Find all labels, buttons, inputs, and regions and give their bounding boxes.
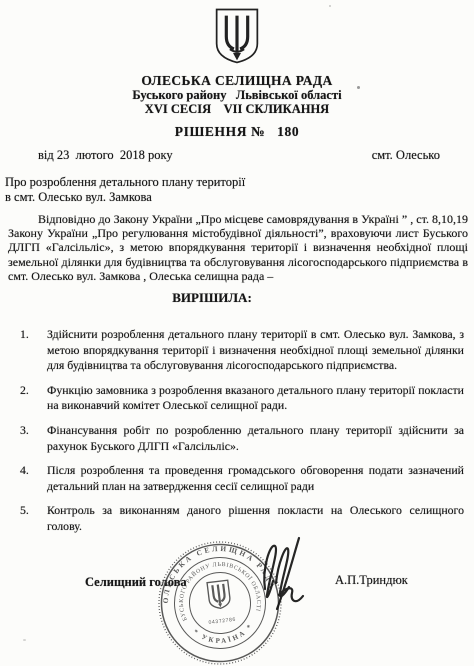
subject-block: Про розроблення детального плану територ… <box>5 175 345 205</box>
scan-speck <box>23 639 26 641</box>
list-item: 1. Здійснити розроблення детального план… <box>20 327 464 374</box>
item-text: Фінансування робіт по розробленню деталь… <box>47 423 464 454</box>
list-item: 4. Після розроблення та проведення грома… <box>20 463 464 494</box>
item-text: Після розроблення та проведення громадсь… <box>47 463 464 494</box>
scan-speck <box>357 86 360 89</box>
date-place-row: від 23 лютого 2018 року смт. Олесько <box>38 148 440 163</box>
item-number: 4. <box>20 463 47 494</box>
document-page: ОЛЕСЬКА СЕЛИЩНА РАДА Буського району Льв… <box>0 0 474 666</box>
item-number: 1. <box>20 327 47 374</box>
org-subtitle: Буського району Львівської області <box>0 88 474 103</box>
item-number: 5. <box>20 503 47 534</box>
session-line: XVI СЕСІЯ VII СКЛИКАННЯ <box>0 102 474 117</box>
signature-mark <box>243 531 313 617</box>
signer-name: А.П.Триндюк <box>335 573 408 588</box>
decision-number: РІШЕННЯ № 180 <box>0 124 474 140</box>
list-item: 3. Фінансування робіт по розробленню дет… <box>20 423 464 454</box>
item-text: Контроль за виконанням даного рішення по… <box>47 503 464 534</box>
list-item: 2. Функцію замовника з розроблення вказа… <box>20 383 464 414</box>
stamp-tryzub-icon <box>207 580 231 609</box>
decision-place: смт. Олесько <box>372 148 440 163</box>
item-text: Функцію замовника з розроблення вказаног… <box>47 383 464 414</box>
item-number: 3. <box>20 423 47 454</box>
scan-speck <box>329 5 331 7</box>
resolution-list: 1. Здійснити розроблення детального план… <box>20 327 464 544</box>
item-number: 2. <box>20 383 47 414</box>
subject-line-2: в смт. Олесько вул. Замкова <box>5 190 345 205</box>
tryzub-emblem-icon <box>213 7 261 65</box>
preamble-paragraph: Відповідно до Закону України „Про місцев… <box>8 212 468 283</box>
stamp-code: 04372786 <box>208 617 236 626</box>
subject-line-1: Про розроблення детального плану територ… <box>5 175 345 190</box>
list-item: 5. Контроль за виконанням даного рішення… <box>20 503 464 534</box>
decision-date: від 23 лютого 2018 року <box>38 148 173 163</box>
item-text: Здійснити розроблення детального плану т… <box>47 327 464 374</box>
resolved-heading: ВИРІШИЛА: <box>0 290 424 306</box>
org-name: ОЛЕСЬКА СЕЛИЩНА РАДА <box>0 73 474 89</box>
